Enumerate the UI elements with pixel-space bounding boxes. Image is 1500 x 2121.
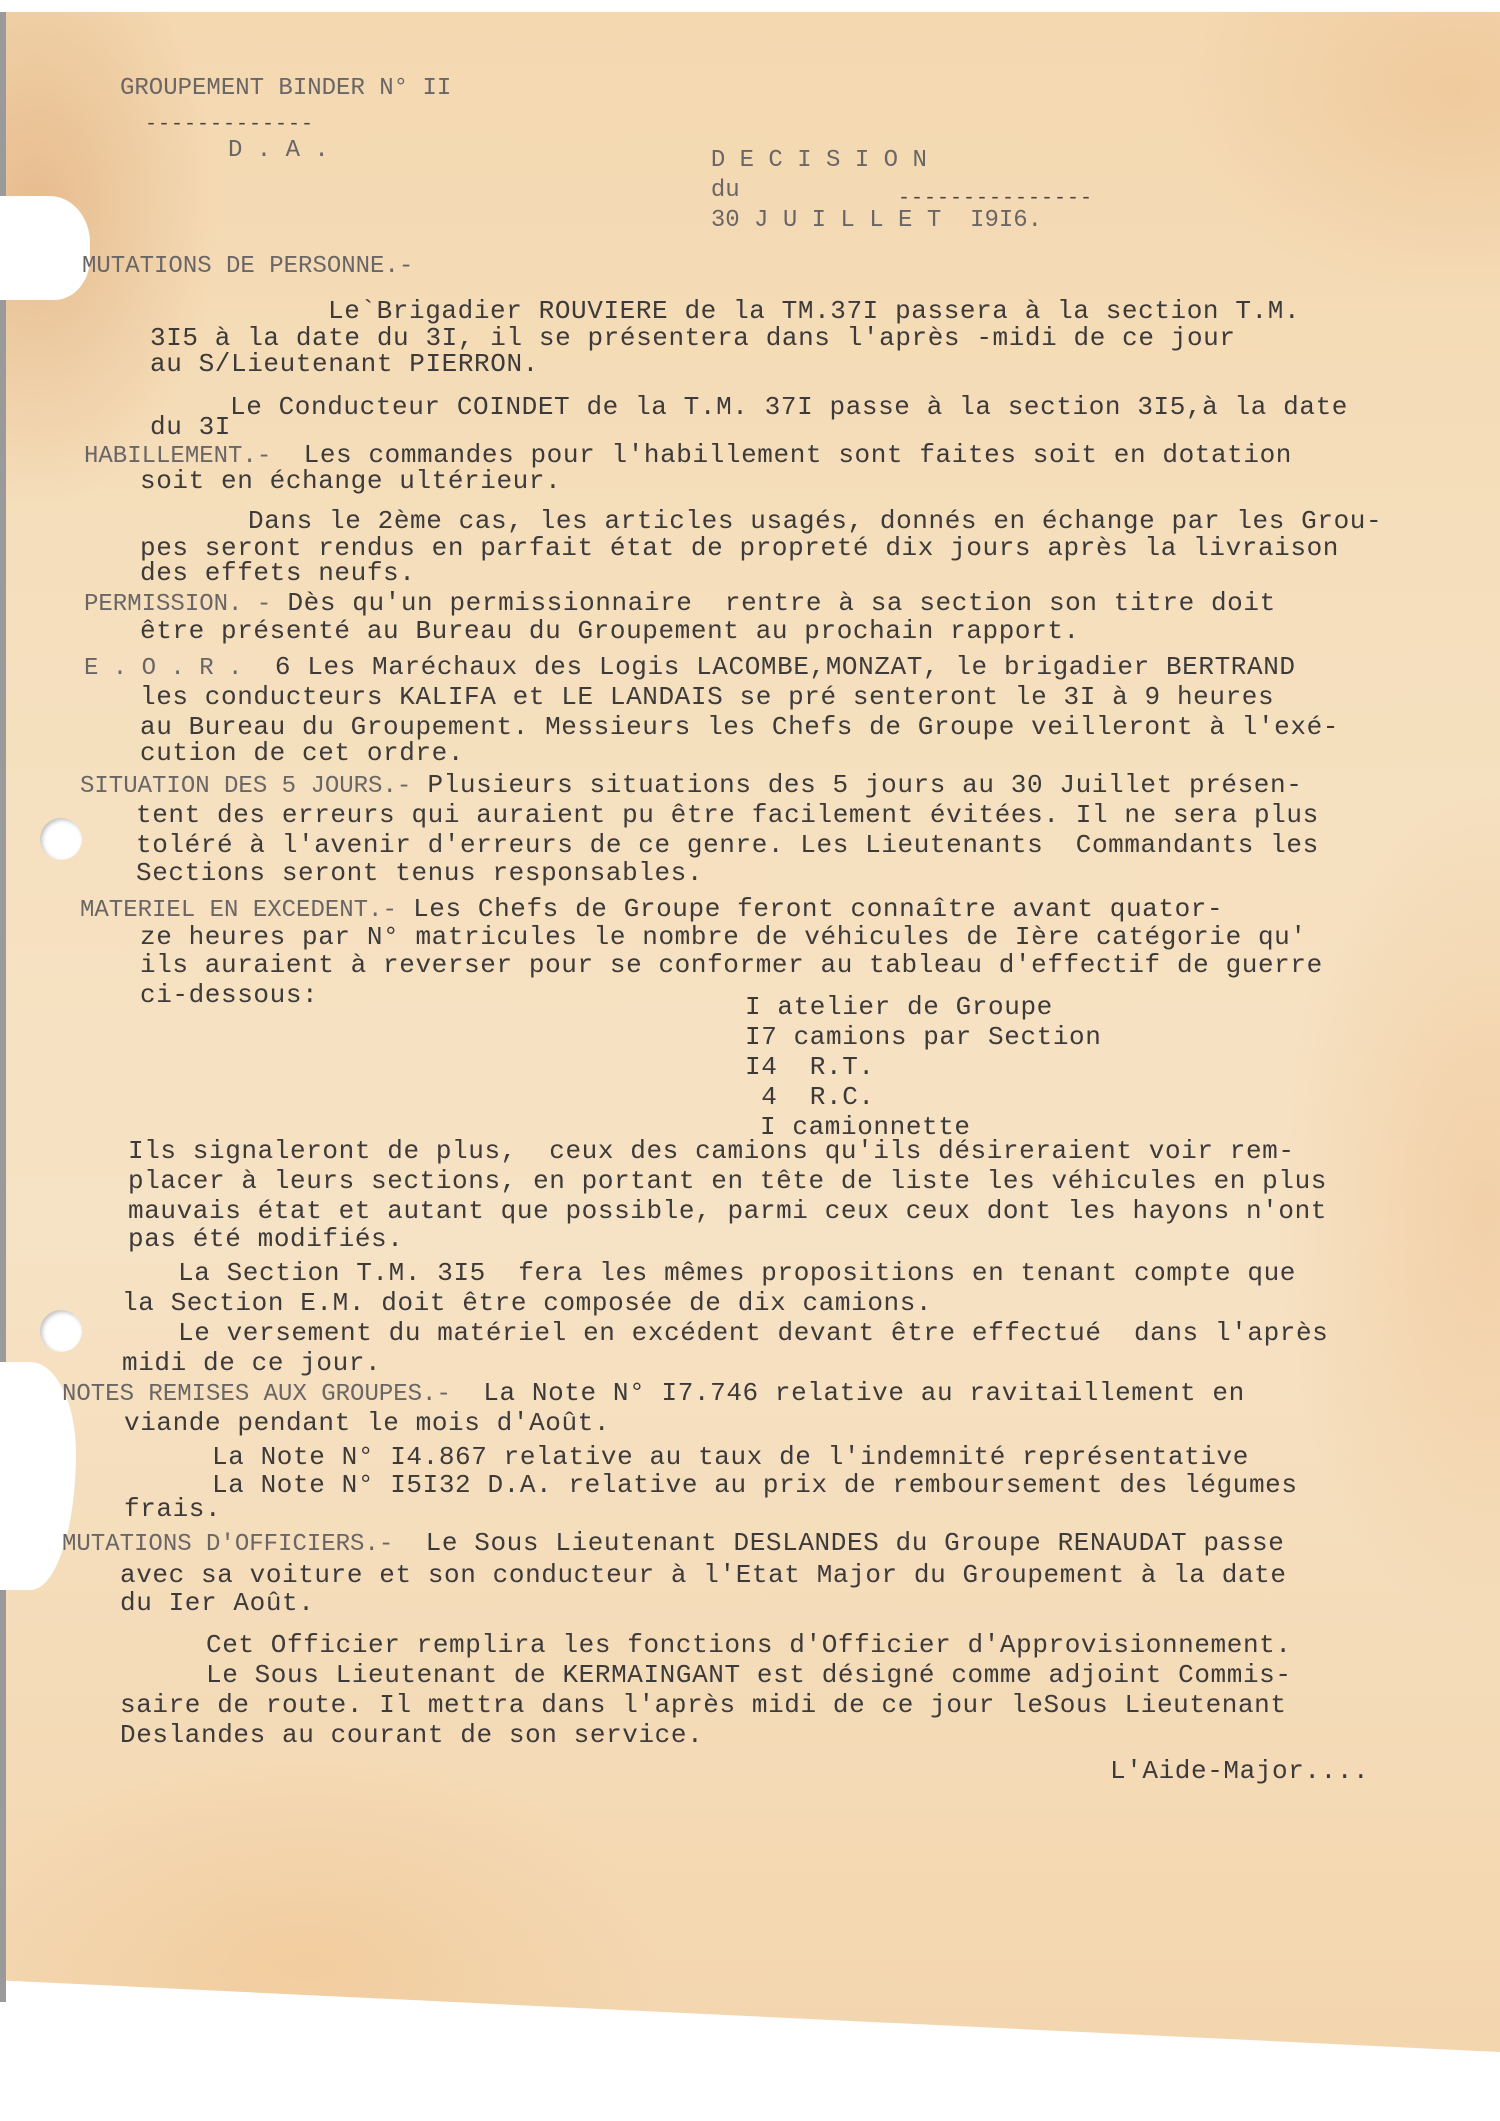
body-line: placer à leurs sections, en portant en t… bbox=[128, 1166, 1327, 1196]
body-line: viande pendant le mois d'Août. bbox=[124, 1408, 610, 1438]
section-notes: NOTES REMISES AUX GROUPES.- La Note N° I… bbox=[62, 1378, 1245, 1410]
decision-du: du bbox=[711, 177, 740, 204]
body-line: Le Conducteur COINDET de la T.M. 37I pas… bbox=[230, 392, 1348, 422]
body-line: cution de cet ordre. bbox=[140, 738, 464, 768]
body-line: midi de ce jour. bbox=[122, 1348, 381, 1378]
body-line: Dans le 2ème cas, les articles usagés, d… bbox=[248, 506, 1382, 536]
section-heading-mutations-officiers: MUTATIONS D'OFFICIERS.- bbox=[62, 1531, 393, 1558]
decision-word: D E C I S I O N bbox=[711, 147, 927, 174]
office-code: D . A . bbox=[228, 136, 329, 166]
body-line: Le Sous Lieutenant de KERMAINGANT est dé… bbox=[206, 1660, 1292, 1690]
body-line: pas été modifiés. bbox=[128, 1224, 403, 1254]
body-line: La Section T.M. 3I5 fera les mêmes propo… bbox=[178, 1258, 1296, 1288]
body-line: Le versement du matériel en excédent dev… bbox=[178, 1318, 1328, 1348]
punch-hole-lower bbox=[40, 1310, 82, 1352]
body-line: La Note N° I4.867 relative au taux de l'… bbox=[212, 1442, 1249, 1472]
body-line: Cet Officier remplira les fonctions d'Of… bbox=[206, 1630, 1292, 1660]
section-mutations-officiers: MUTATIONS D'OFFICIERS.- Le Sous Lieutena… bbox=[62, 1528, 1284, 1560]
punch-hole-upper bbox=[40, 818, 82, 860]
body-line: du Ier Août. bbox=[120, 1588, 314, 1618]
body-line: Deslandes au courant de son service. bbox=[120, 1720, 703, 1750]
body-line: au S/Lieutenant PIERRON. bbox=[150, 349, 539, 379]
body-line: soit en échange ultérieur. bbox=[140, 466, 561, 496]
vehicle-table-row: I4 R.T. bbox=[745, 1052, 875, 1082]
unit-name: GROUPEMENT BINDER N° II bbox=[120, 74, 451, 104]
body-line: être présenté au Bureau du Groupement au… bbox=[140, 616, 1080, 646]
body-line: avec sa voiture et son conducteur à l'Et… bbox=[120, 1560, 1287, 1590]
section-heading-materiel: MATERIEL EN EXCEDENT.- bbox=[80, 897, 397, 924]
body-line: La Note N° I7.746 relative au ravitaille… bbox=[483, 1378, 1245, 1408]
section-heading-mutations-personne: MUTATIONS DE PERSONNE.- bbox=[82, 252, 413, 282]
body-line: frais. bbox=[124, 1494, 221, 1524]
section-heading-permission: PERMISSION. - bbox=[84, 591, 271, 618]
body-line: la Section E.M. doit être composée de di… bbox=[122, 1288, 932, 1318]
body-line: Les Chefs de Groupe feront connaître ava… bbox=[413, 894, 1223, 924]
body-line: ze heures par N° matricules le nombre de… bbox=[140, 922, 1307, 952]
section-heading-situation: SITUATION DES 5 JOURS.- bbox=[80, 773, 411, 800]
body-line: mauvais état et autant que possible, par… bbox=[128, 1196, 1327, 1226]
body-line: les conducteurs KALIFA et LE LANDAIS se … bbox=[140, 682, 1274, 712]
body-line: Le Sous Lieutenant DESLANDES du Groupe R… bbox=[426, 1528, 1285, 1558]
decision-title: D E C I S I O N du 30 J U I L L E T I9I6… bbox=[682, 116, 1042, 236]
body-line: 6 Les Maréchaux des Logis LACOMBE,MONZAT… bbox=[275, 652, 1296, 682]
body-line: du 3I bbox=[150, 412, 231, 442]
section-situation: SITUATION DES 5 JOURS.- Plusieurs situat… bbox=[80, 770, 1302, 802]
vehicle-table-row: I atelier de Groupe bbox=[745, 992, 1053, 1022]
torn-corner-upper bbox=[0, 196, 90, 300]
title-underline: --------------- bbox=[898, 184, 1093, 214]
body-line: Sections seront tenus responsables. bbox=[136, 858, 703, 888]
scan-edge bbox=[0, 12, 6, 2002]
section-eor: E . O . R . 6 Les Maréchaux des Logis LA… bbox=[84, 652, 1296, 684]
body-line: saire de route. Il mettra dans l'après m… bbox=[120, 1690, 1287, 1720]
vehicle-table-row: I7 camions par Section bbox=[745, 1022, 1101, 1052]
body-line: Ils signaleront de plus, ceux des camion… bbox=[128, 1136, 1295, 1166]
body-line: Le`Brigadier ROUVIERE de la TM.37I passe… bbox=[328, 296, 1300, 326]
section-heading-notes: NOTES REMISES AUX GROUPES.- bbox=[62, 1381, 451, 1408]
body-line: La Note N° I5I32 D.A. relative au prix d… bbox=[212, 1470, 1298, 1500]
body-line: ci-dessous: bbox=[140, 980, 318, 1010]
vehicle-table-row: 4 R.C. bbox=[745, 1082, 875, 1112]
signature: L'Aide-Major.... bbox=[1110, 1756, 1369, 1786]
body-line: Dès qu'un permissionnaire rentre à sa se… bbox=[287, 588, 1275, 618]
body-line: tent des erreurs qui auraient pu être fa… bbox=[136, 800, 1319, 830]
body-line: des effets neufs. bbox=[140, 558, 415, 588]
body-line: Plusieurs situations des 5 jours au 30 J… bbox=[427, 770, 1302, 800]
body-line: toléré à l'avenir d'erreurs de ce genre.… bbox=[136, 830, 1319, 860]
body-line: ils auraient à reverser pour se conforme… bbox=[140, 950, 1323, 980]
section-heading-eor: E . O . R . bbox=[84, 655, 242, 682]
